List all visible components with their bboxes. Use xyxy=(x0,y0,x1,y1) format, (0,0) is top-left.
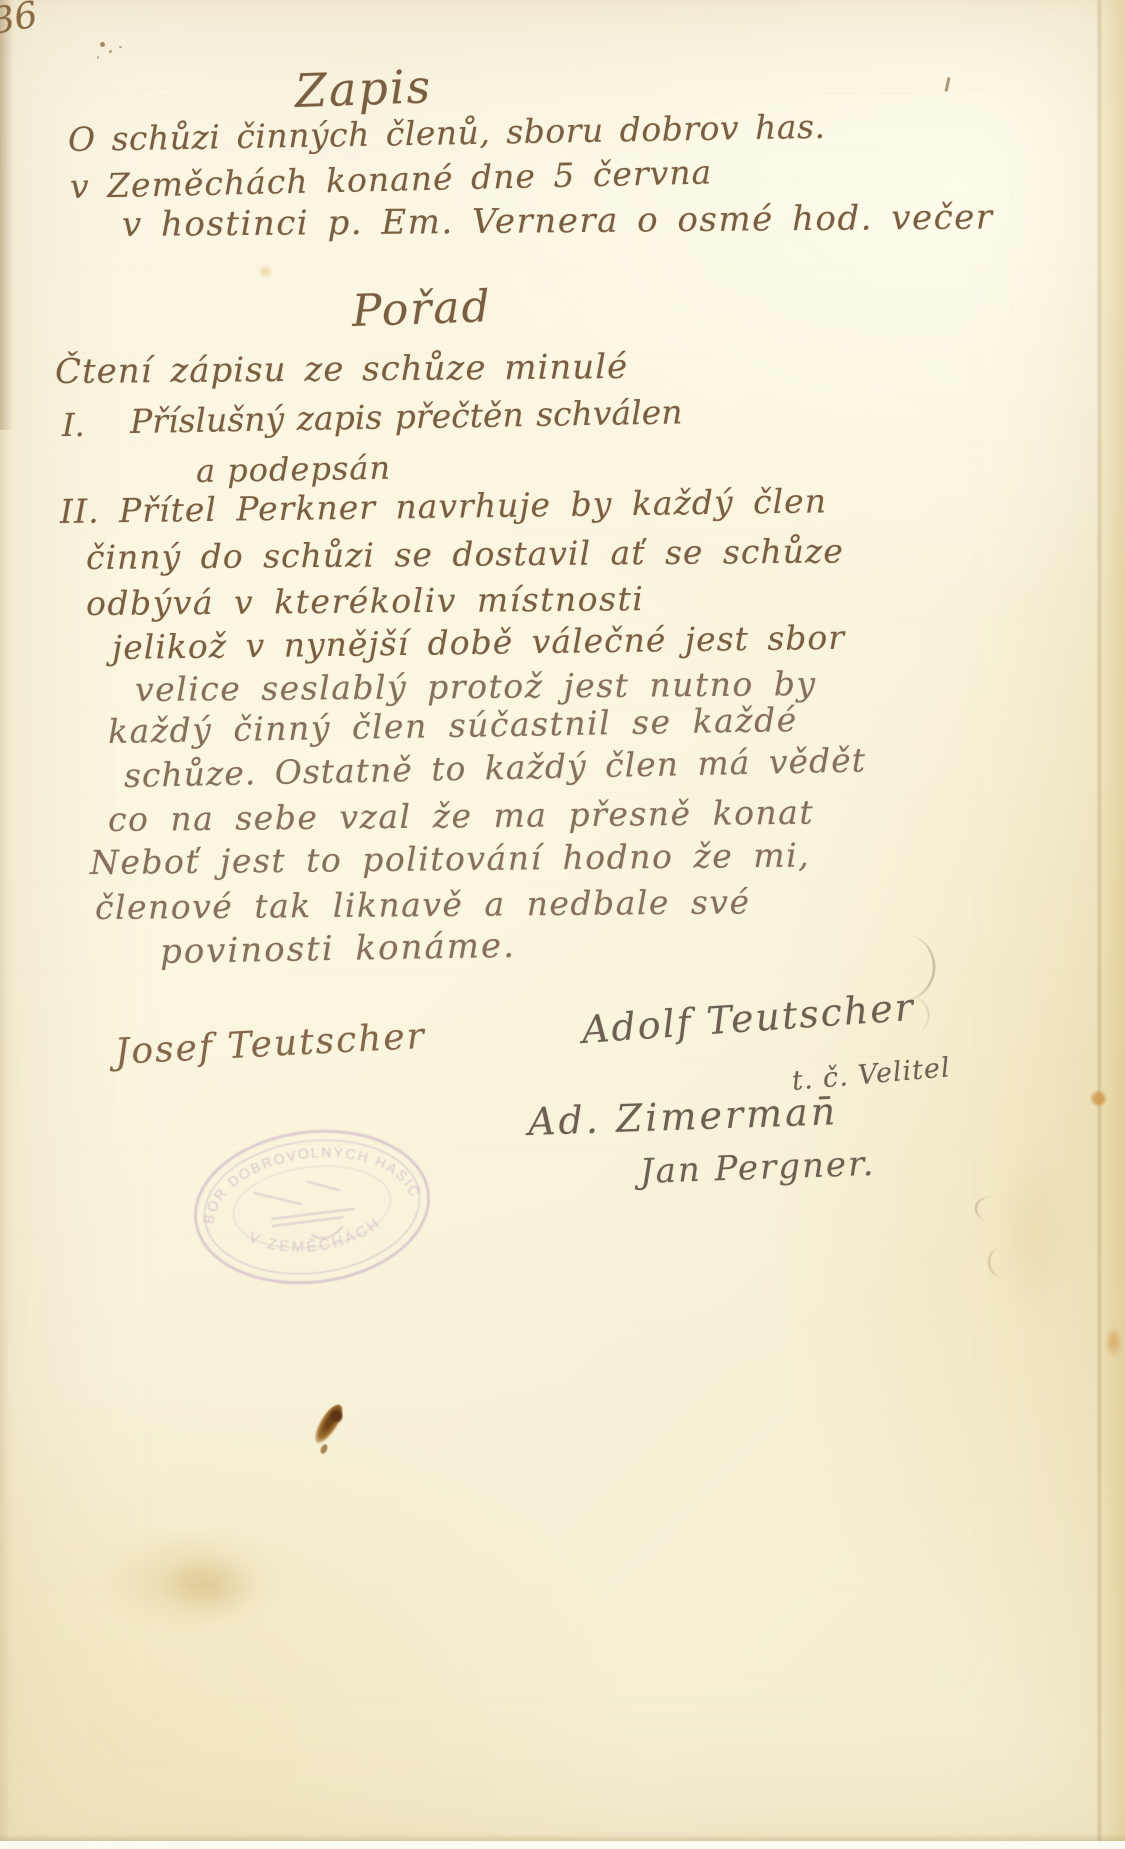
manuscript-line: povinosti konáme. xyxy=(160,926,517,972)
page-left-edge xyxy=(0,0,10,1849)
item-numeral: I. xyxy=(62,406,85,444)
manuscript-line: co na sebe vzal že ma přesně konat xyxy=(108,793,815,839)
header-line: O schůzi činných členů, sboru dobrov has… xyxy=(68,107,826,159)
ink-speck xyxy=(97,56,99,59)
ink-blot-stain xyxy=(319,1443,329,1455)
ink-blot-stain xyxy=(310,1401,348,1447)
header-line: v Zeměchách konané dne 5 června xyxy=(70,152,713,206)
paper-stain xyxy=(1000,1150,1070,1320)
document-title: Zapis xyxy=(294,59,433,118)
signature-right-name: Jan Pergner. xyxy=(639,1144,876,1192)
page-bottom-shadow xyxy=(0,1834,1125,1841)
manuscript-line: Neboť jest to politování hodno že mi, xyxy=(90,835,811,882)
manuscript-line: členové tak liknavě a nedbale své xyxy=(95,882,751,927)
paper-stain xyxy=(160,1555,255,1617)
signature-right-name: Ad. Zimerman̄ xyxy=(527,1089,839,1144)
manuscript-line: Příslušný zapis přečtěn schválen xyxy=(130,392,683,441)
ink-speck xyxy=(100,42,105,47)
paper-stain xyxy=(1105,1326,1122,1358)
fire-brigade-stamp: SBOR DOBROVOLNÝCH HASIČŮ V ZEMĚCHÁCH xyxy=(181,1110,443,1304)
page-number: 36 xyxy=(0,0,41,43)
agenda-intro-line: Čtení zápisu ze schůze minulé xyxy=(55,347,629,392)
manuscript-line: činný do schůzi se dostavil ať se schůze xyxy=(86,531,844,577)
signature-right-name: Adolf Teutscher xyxy=(580,985,916,1052)
pencil-mark xyxy=(972,1193,996,1223)
manuscript-page: 36 Zapis O schůzi činných členů, sboru d… xyxy=(0,0,1125,1849)
manuscript-line: jelikož v nynější době válečné jest sbor xyxy=(112,618,846,667)
manuscript-line: a podepsán xyxy=(196,449,392,490)
paper-stain xyxy=(258,265,273,278)
pencil-mark xyxy=(986,1247,1004,1278)
manuscript-line: odbývá v kterékoliv místnosti xyxy=(86,579,645,623)
paper-stain xyxy=(95,1528,285,1633)
section-heading: Pořad xyxy=(351,281,492,337)
manuscript-line: II. Přítel Perkner navrhuje by každý čle… xyxy=(60,481,827,531)
signature-left: Josef Teutscher xyxy=(114,1016,427,1073)
ink-tick-mark xyxy=(944,77,950,92)
page-bottom-edge xyxy=(0,1841,1125,1849)
ink-speck xyxy=(119,46,122,48)
header-line: v hostinci p. Em. Vernera o osmé hod. ve… xyxy=(122,197,994,245)
ink-blot-stain xyxy=(330,1408,343,1424)
page-right-margin xyxy=(1101,0,1125,1849)
ink-speck xyxy=(109,50,112,53)
page-fold-line xyxy=(1098,0,1101,1849)
paper-stain xyxy=(1090,1090,1107,1107)
page-left-edge-shadow xyxy=(0,0,14,430)
